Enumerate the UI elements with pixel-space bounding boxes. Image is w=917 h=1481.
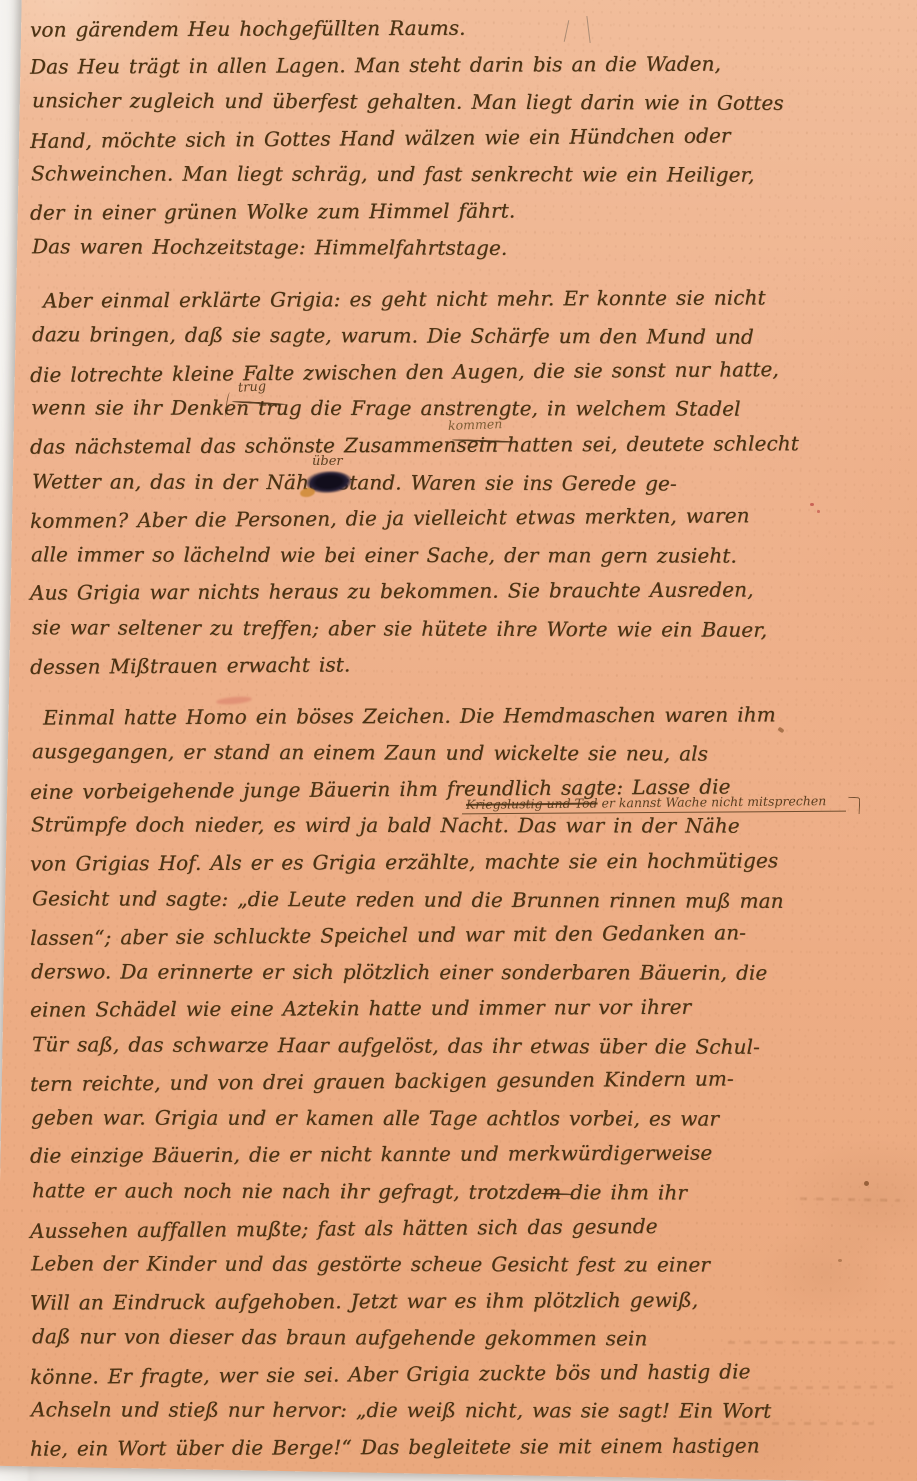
handwritten-line: sie war seltener zu treffen; aber sie hü… (32, 609, 772, 648)
handwritten-line: geben war. Grigia und er kamen alle Tage… (31, 1099, 771, 1137)
handwritten-line: Leben der Kinder und das gestörte scheue… (31, 1245, 771, 1283)
handwritten-line: daß nur von dieser das braun aufgehende … (32, 1318, 772, 1357)
handwritten-line: unsicher zugleich und überfest gehalten.… (32, 82, 772, 121)
handwritten-line: Einmal hatte Homo ein böses Zeichen. Die… (30, 696, 770, 736)
handwritten-line: Aussehen auffallen mußte; fast als hätte… (30, 1207, 770, 1249)
handwritten-line: Aber einmal erklärte Grigia: es geht nic… (30, 279, 770, 319)
handwritten-line: die lotrechte kleine Falte zwischen den … (30, 351, 770, 393)
handwritten-line: von gärendem Heu hochgefüllten Raums. (30, 8, 770, 48)
paragraph: Das Heu trägt in allen Lagen. Man steht … (30, 47, 770, 266)
handwritten-line: Wetter an, das in der Nähe stand. Waren … (32, 463, 772, 502)
paragraph: Aber einmal erklärte Grigia: es geht nic… (30, 281, 770, 683)
handwritten-line: Achseln und stieß nur hervor: „die weiß … (31, 1392, 771, 1430)
paragraph: von gärendem Heu hochgefüllten Raums. (30, 10, 770, 47)
handwritten-line: eine vorbeigehende junge Bäuerin ihm fre… (30, 768, 770, 810)
handwritten-line: Will an Eindruck aufgehoben. Jetzt war e… (30, 1281, 770, 1321)
handwritten-line: kommen? Aber die Personen, die ja vielle… (30, 497, 770, 539)
handwritten-line: könne. Er fragte, wer sie sei. Aber Grig… (30, 1353, 770, 1395)
paragraph: Einmal hatte Homo ein böses Zeichen. Die… (30, 698, 770, 1465)
handwritten-line: ausgegangen, er stand an einem Zaun und … (32, 734, 772, 773)
handwritten-line: alle immer so lächelnd wie bei einer Sac… (31, 536, 771, 574)
manuscript-text: von gärendem Heu hochgefüllten Raums.Das… (30, 10, 770, 1465)
handwritten-line: tern reichte, und von drei grauen backig… (30, 1060, 770, 1102)
handwritten-line: Das waren Hochzeitstage: Himmelfahrtstag… (32, 228, 772, 267)
handwritten-line: von Grigias Hof. Als er es Grigia erzähl… (30, 842, 770, 882)
handwritten-line: Tür saß, das schwarze Haar aufgelöst, da… (32, 1026, 772, 1065)
handwritten-line: Gesicht und sagte: „die Leute reden und … (32, 880, 772, 919)
handwritten-line: Schweinchen. Man liegt schräg, und fast … (31, 156, 771, 194)
handwritten-line: Hand, möchte sich in Gottes Hand wälzen … (30, 117, 770, 159)
handwritten-line: hie, ein Wort über die Berge!“ Das begle… (30, 1427, 770, 1467)
handwritten-line: die einzige Bäuerin, die er nicht kannte… (30, 1135, 770, 1175)
handwritten-line: hatte er auch noch nie nach ihr gefragt,… (32, 1172, 772, 1211)
handwritten-line: wenn sie ihr Denken trug die Frage anstr… (31, 390, 771, 428)
handwritten-line: derswo. Da erinnerte er sich plötzlich e… (31, 953, 771, 991)
handwritten-line: Das Heu trägt in allen Lagen. Man steht … (30, 45, 770, 85)
handwritten-line: lassen“; aber sie schluckte Speichel und… (30, 914, 770, 956)
handwritten-line: das nächstemal das schönste Zusammensein… (30, 425, 770, 465)
handwritten-line: Aus Grigia war nichts heraus zu bekommen… (30, 572, 770, 612)
handwritten-line: einen Schädel wie eine Aztekin hatte und… (30, 989, 770, 1029)
handwritten-line: der in einer grünen Wolke zum Himmel fäh… (30, 191, 770, 231)
scanned-page: von gärendem Heu hochgefüllten Raums.Das… (0, 0, 917, 1481)
handwritten-line: dazu bringen, daß sie sagte, warum. Die … (32, 317, 772, 356)
handwritten-line: dessen Mißtrauen erwacht ist. (30, 643, 770, 685)
handwritten-line: Strümpfe doch nieder, es wird ja bald Na… (31, 807, 771, 845)
